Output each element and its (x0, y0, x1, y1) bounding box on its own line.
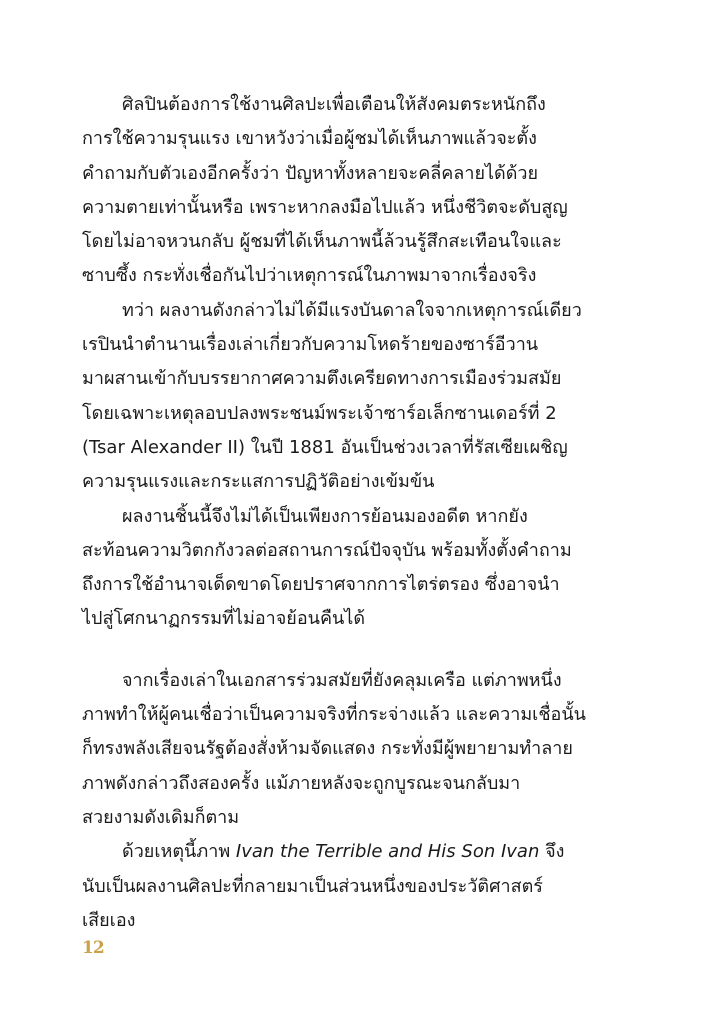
section-gap (82, 637, 642, 664)
text-line: สวยงามดังเดิมก็ตาม (82, 801, 642, 835)
text-line: เรปินนำตำนานเรื่องเล่าเกี่ยวกับความโหดร้… (82, 328, 642, 362)
text-line: ถึงการใช้อำนาจเด็ดขาดโดยปราศจากการไตร่ตร… (82, 568, 642, 602)
paragraph-4: จากเรื่องเล่าในเอกสารร่วมสมัยที่ยังคลุมเ… (82, 664, 642, 835)
paragraph-3: ผลงานชิ้นนี้จึงไม่ได้เป็นเพียงการย้อนมอง… (82, 500, 642, 637)
text-line: (Tsar Alexander II) ในปี 1881 อันเป็นช่ว… (82, 431, 642, 465)
text-line: ภาพดังกล่าวถึงสองครั้ง แม้ภายหลังจะถูกบู… (82, 767, 642, 801)
text-line: ไปสู่โศกนาฏกรรมที่ไม่อาจย้อนคืนได้ (82, 602, 642, 636)
text-line: มาผสานเข้ากับบรรยากาศความตึงเครียดทางการ… (82, 362, 642, 396)
paragraph-1: ศิลปินต้องการใช้งานศิลปะเพื่อเตือนให้สัง… (82, 88, 642, 294)
paragraph-2: ทว่า ผลงานดังกล่าวไม่ได้มีแรงบันดาลใจจาก… (82, 294, 642, 500)
text-segment: จึง (539, 841, 564, 862)
page-number: 12 (82, 938, 104, 958)
paragraph-5: ด้วยเหตุนี้ภาพ Ivan the Terrible and His… (82, 835, 642, 938)
text-line: ผลงานชิ้นนี้จึงไม่ได้เป็นเพียงการย้อนมอง… (82, 500, 642, 534)
text-line: โดยไม่อาจหวนกลับ ผู้ชมที่ได้เห็นภาพนี้ล้… (82, 225, 642, 259)
text-line: โดยเฉพาะเหตุลอบปลงพระชนม์พระเจ้าซาร์อเล็… (82, 397, 642, 431)
text-line: ความตายเท่านั้นหรือ เพราะหากลงมือไปแล้ว … (82, 191, 642, 225)
text-line: คำถามกับตัวเองอีกครั้งว่า ปัญหาทั้งหลายจ… (82, 157, 642, 191)
body-text: ศิลปินต้องการใช้งานศิลปะเพื่อเตือนให้สัง… (82, 88, 642, 938)
text-segment: ด้วยเหตุนี้ภาพ (122, 841, 236, 862)
document-page: ศิลปินต้องการใช้งานศิลปะเพื่อเตือนให้สัง… (0, 0, 711, 1024)
text-line: ก็ทรงพลังเสียจนรัฐต้องสั่งห้ามจัดแสดง กร… (82, 732, 642, 766)
text-line: ความรุนแรงและกระแสการปฏิวัติอย่างเข้มข้น (82, 465, 642, 499)
text-line: ซาบซึ้ง กระทั่งเชื่อกันไปว่าเหตุการณ์ในภ… (82, 259, 642, 293)
text-line: ด้วยเหตุนี้ภาพ Ivan the Terrible and His… (82, 835, 642, 869)
text-line: นับเป็นผลงานศิลปะที่กลายมาเป็นส่วนหนึ่งข… (82, 870, 642, 904)
text-line: เสียเอง (82, 904, 642, 938)
text-line: ทว่า ผลงานดังกล่าวไม่ได้มีแรงบันดาลใจจาก… (82, 294, 642, 328)
text-line: ภาพทำให้ผู้คนเชื่อว่าเป็นความจริงที่กระจ… (82, 698, 642, 732)
text-line: การใช้ความรุนแรง เขาหวังว่าเมื่อผู้ชมได้… (82, 122, 642, 156)
text-line: สะท้อนความวิตกกังวลต่อสถานการณ์ปัจจุบัน … (82, 534, 642, 568)
text-line: จากเรื่องเล่าในเอกสารร่วมสมัยที่ยังคลุมเ… (82, 664, 642, 698)
text-line: ศิลปินต้องการใช้งานศิลปะเพื่อเตือนให้สัง… (82, 88, 642, 122)
artwork-title: Ivan the Terrible and His Son Ivan (236, 841, 539, 862)
